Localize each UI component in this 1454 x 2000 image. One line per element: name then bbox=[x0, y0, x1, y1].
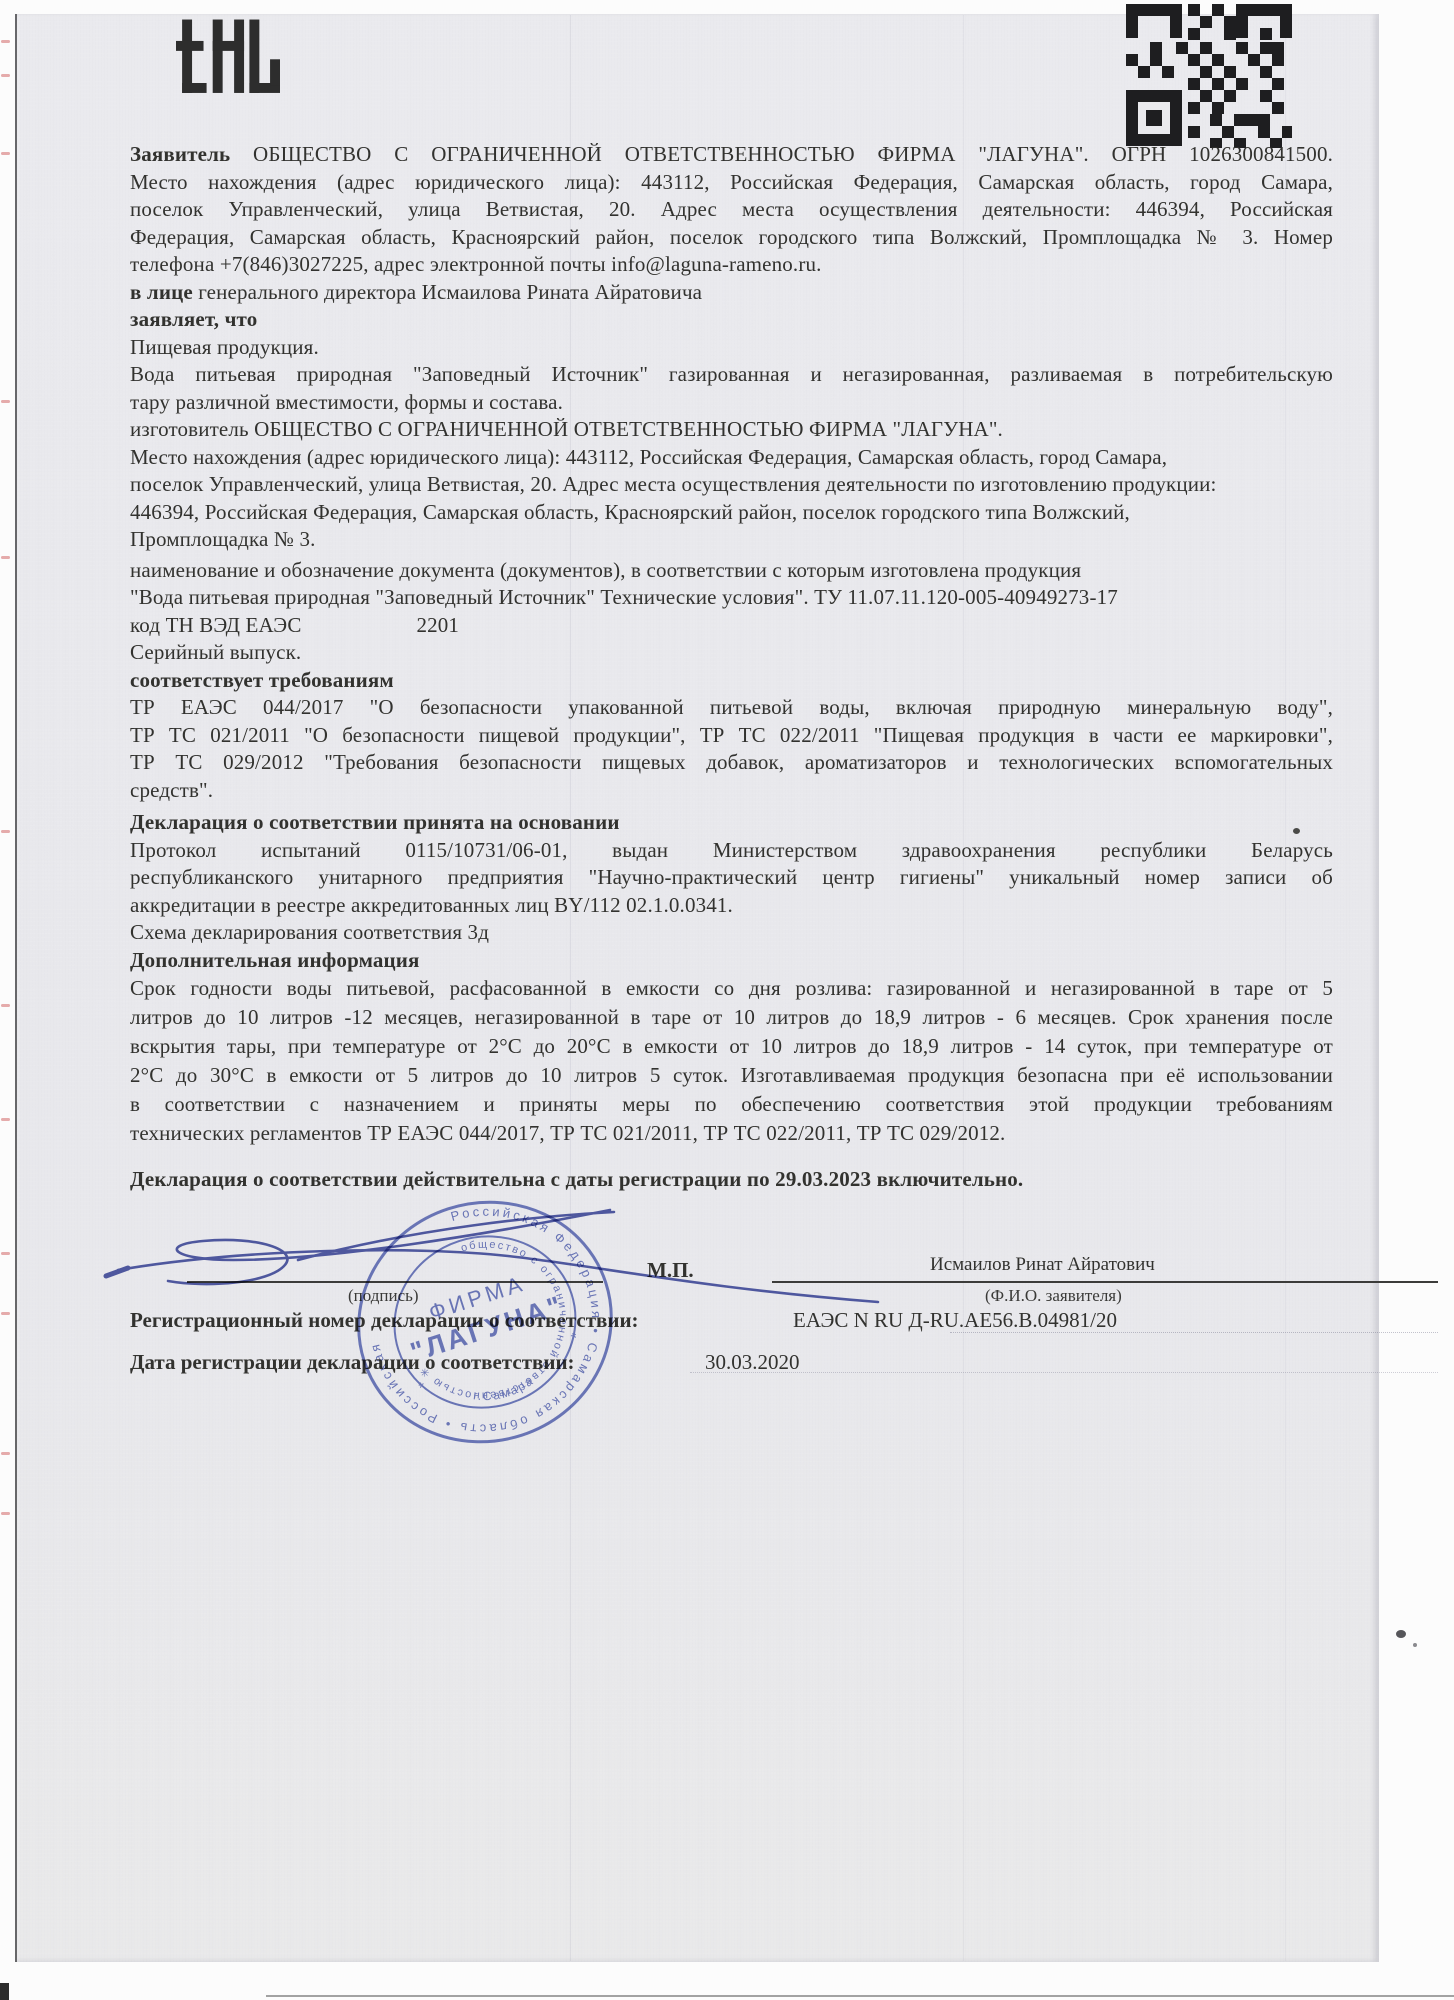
doc-line: соответствует требованиям bbox=[130, 667, 1333, 695]
scan-edge-mark bbox=[1, 1512, 10, 1515]
doc-line: поселок Управленческий, улица Ветвистая,… bbox=[130, 196, 1333, 224]
doc-line: республиканского унитарного предприятия … bbox=[130, 864, 1333, 892]
doc-line: Место нахождения (адрес юридического лиц… bbox=[130, 444, 1333, 472]
fio-label: (Ф.И.О. заявителя) bbox=[985, 1286, 1122, 1306]
doc-line: телефона +7(846)3027225, адрес электронн… bbox=[130, 251, 1333, 279]
doc-line: средств". bbox=[130, 777, 1333, 805]
scan-edge-mark bbox=[1, 556, 10, 559]
signature-stroke bbox=[88, 1188, 908, 1333]
scan-corner-mark bbox=[0, 1983, 9, 2000]
doc-line: 2°С до 30°С в емкости от 5 литров до 10 … bbox=[130, 1061, 1333, 1090]
scan-edge-mark bbox=[1, 1004, 10, 1007]
scan-speck bbox=[1413, 1643, 1417, 1647]
scan-edge-mark bbox=[1, 1252, 10, 1255]
doc-line: тару различной вместимости, формы и сост… bbox=[130, 389, 1333, 417]
doc-line: Дополнительная информация bbox=[130, 947, 1333, 975]
scan-speck bbox=[1293, 828, 1300, 834]
doc-line: литров до 10 литров -12 месяцев, негазир… bbox=[130, 1003, 1333, 1032]
doc-line: Вода питьевая природная "Заповедный Исто… bbox=[130, 361, 1333, 389]
reg-date-row: Дата регистрации декларации о соответств… bbox=[130, 1350, 1440, 1375]
doc-line: ТР ТС 021/2011 "О безопасности пищевой п… bbox=[130, 722, 1333, 750]
doc-line: технических регламентов ТР ЕАЭС 044/2017… bbox=[130, 1119, 1333, 1148]
document-text: Заявитель ОБЩЕСТВО С ОГРАНИЧЕННОЙ ОТВЕТС… bbox=[130, 141, 1333, 1193]
fio-value: Исмаилов Ринат Айратович bbox=[930, 1254, 1155, 1276]
scan-speck bbox=[1396, 1630, 1406, 1638]
doc-line: вскрытия тары, при температуре от 2°С до… bbox=[130, 1032, 1333, 1061]
doc-line: наименование и обозначение документа (до… bbox=[130, 557, 1333, 585]
doc-line: изготовитель ОБЩЕСТВО С ОГРАНИЧЕННОЙ ОТВ… bbox=[130, 416, 1333, 444]
doc-line: ТР ЕАЭС 044/2017 "О безопасности упакова… bbox=[130, 694, 1333, 722]
doc-line: Федерация, Самарская область, Красноярск… bbox=[130, 224, 1333, 252]
doc-line: "Вода питьевая природная "Заповедный Ист… bbox=[130, 584, 1333, 612]
doc-line: аккредитации в реестре аккредитованных л… bbox=[130, 892, 1333, 920]
doc-line: заявляет, что bbox=[130, 306, 1333, 334]
doc-line: Заявитель ОБЩЕСТВО С ОГРАНИЧЕННОЙ ОТВЕТС… bbox=[130, 141, 1333, 169]
doc-line: код ТН ВЭД ЕАЭС2201 bbox=[130, 612, 1333, 640]
doc-line: Схема декларирования соответствия 3д bbox=[130, 919, 1333, 947]
scan-edge-mark bbox=[1, 830, 10, 833]
doc-line: ТР ТС 029/2012 "Требования безопасности … bbox=[130, 749, 1333, 777]
scan-edge-mark bbox=[1, 1312, 10, 1315]
doc-line: Протокол испытаний 0115/10731/06-01, выд… bbox=[130, 837, 1333, 865]
scan-edge-mark bbox=[1, 1118, 10, 1121]
doc-line: в лице генерального директора Исмаилова … bbox=[130, 279, 1333, 307]
doc-line: Промплощадка № 3. bbox=[130, 526, 1333, 554]
qr-code bbox=[1124, 2, 1294, 150]
doc-line: в соответствии с назначением и приняты м… bbox=[130, 1090, 1333, 1119]
doc-line: Декларация о соответствии принята на осн… bbox=[130, 809, 1333, 837]
scan-edge-mark bbox=[1, 1452, 10, 1455]
scan-edge-mark bbox=[1, 40, 10, 43]
reg-date-value: 30.03.2020 bbox=[705, 1350, 800, 1375]
scanned-declaration-page: Заявитель ОБЩЕСТВО С ОГРАНИЧЕННОЙ ОТВЕТС… bbox=[0, 0, 1454, 2000]
scan-edge-mark bbox=[1, 74, 10, 77]
scan-bottom-line bbox=[266, 1995, 1454, 1997]
doc-line: Место нахождения (адрес юридического лиц… bbox=[130, 169, 1333, 197]
doc-line: Пищевая продукция. bbox=[130, 334, 1333, 362]
eac-mark-logo bbox=[176, 8, 280, 106]
doc-line: 446394, Российская Федерация, Самарская … bbox=[130, 499, 1333, 527]
doc-line: Серийный выпуск. bbox=[130, 639, 1333, 667]
scan-edge-mark bbox=[1, 400, 10, 403]
doc-line: Срок годности воды питьевой, расфасованн… bbox=[130, 974, 1333, 1003]
scan-edge-mark bbox=[1, 152, 10, 155]
doc-line: поселок Управленческий, улица Ветвистая,… bbox=[130, 471, 1333, 499]
